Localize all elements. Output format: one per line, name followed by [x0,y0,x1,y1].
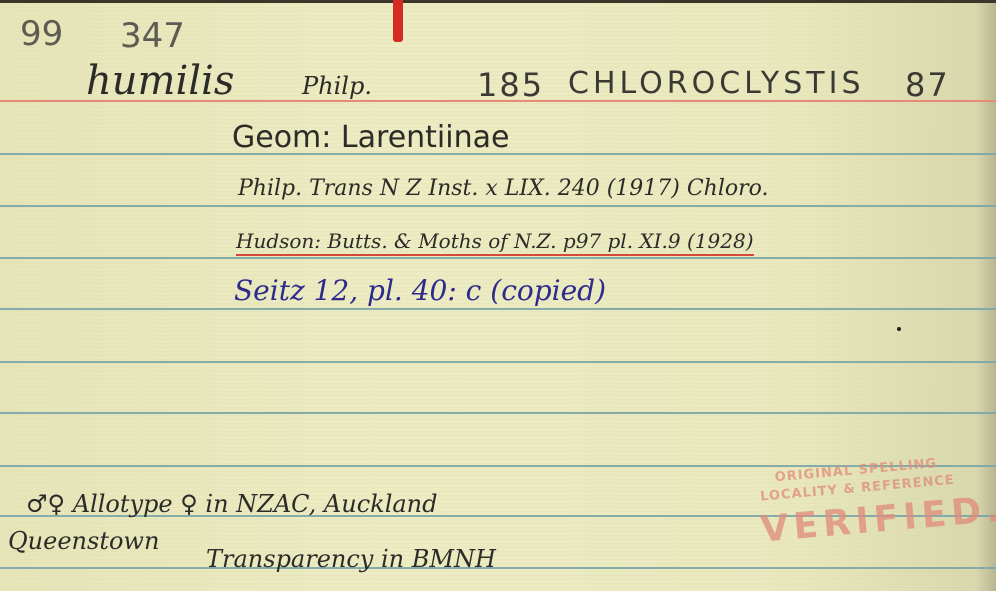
catalog-number-primary: 99 [20,14,63,54]
blue-rule [0,412,996,414]
note-transparency: Transparency in BMNH [206,545,496,573]
reference-seitz: Seitz 12, pl. 40: c (copied) [234,274,606,307]
blue-rule [0,361,996,363]
genus-page-number: 185 [477,66,544,104]
note-locality: Queenstown [8,527,159,555]
species-author: Philp. [302,72,372,100]
note-allotype: ♂♀ Allotype ♀ in NZAC, Auckland [26,490,438,518]
blue-rule [0,205,996,207]
classification: Geom: Larentiinae [232,120,509,155]
reference-philpott: Philp. Trans N Z Inst. x LIX. 240 (1917)… [238,176,769,201]
blue-rule [0,308,996,310]
verified-stamp: ORIGINAL SPELLING LOCALITY & REFERENCE V… [756,453,965,580]
genus-number: 87 [905,66,950,104]
catalog-number-secondary: 347 [120,16,185,56]
ink-dot [897,327,901,331]
genus-name: CHLOROCLYSTIS [568,66,864,101]
red-tab-marker [393,0,403,42]
index-card: 99 347 humilis Philp. 185 CHLOROCLYSTIS … [0,0,996,591]
blue-rule [0,257,996,259]
species-name: humilis [86,58,234,104]
card-top-edge [0,0,996,3]
reference-hudson: Hudson: Butts. & Moths of N.Z. p97 pl. X… [236,229,754,256]
